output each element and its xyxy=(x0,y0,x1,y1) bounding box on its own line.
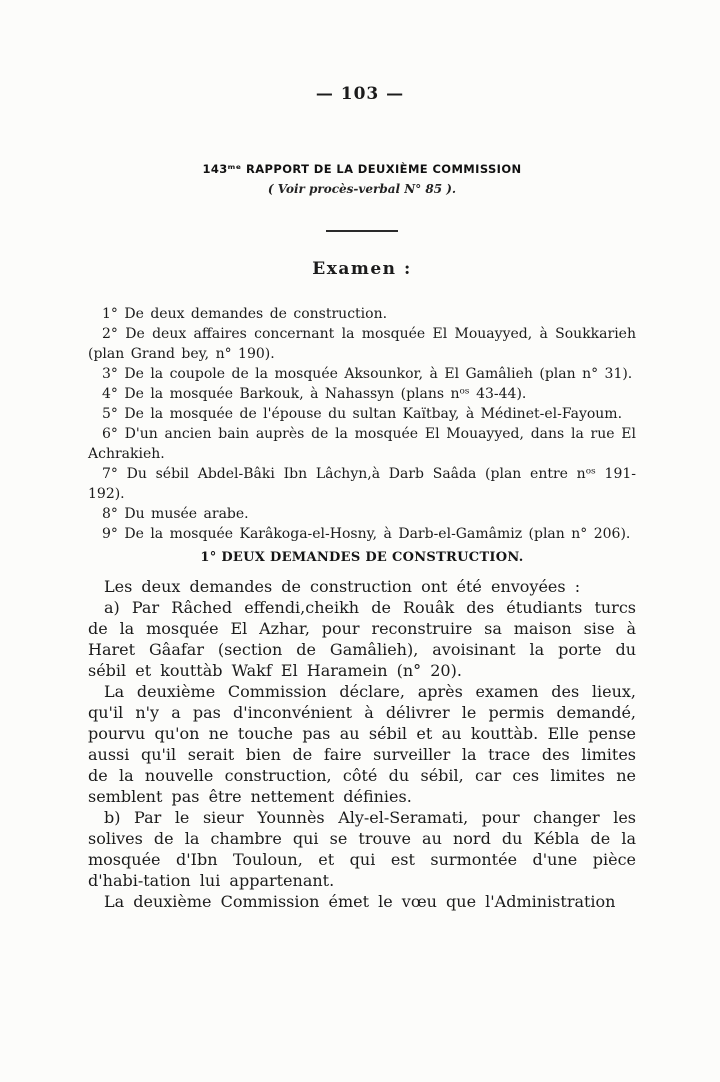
examen-item: 4° De la mosquée Barkouk, à Nahassyn (pl… xyxy=(88,384,636,404)
examen-item: 6° D'un ancien bain auprès de la mosquée… xyxy=(88,424,636,464)
report-title: 143ᵐᵉ RAPPORT DE LA DEUXIÈME COMMISSION xyxy=(88,162,636,176)
body-paragraph: La deuxième Commission émet le vœu que l… xyxy=(88,891,636,912)
scanned-document-page: — 103 — 143ᵐᵉ RAPPORT DE LA DEUXIÈME COM… xyxy=(0,0,720,1082)
examen-list: 1° De deux demandes de construction. 2° … xyxy=(88,304,636,544)
body-paragraph: Les deux demandes de construction ont ét… xyxy=(88,576,636,597)
page-content: 143ᵐᵉ RAPPORT DE LA DEUXIÈME COMMISSION … xyxy=(88,162,636,912)
body-paragraph: b) Par le sieur Younnès Aly-el-Seramati,… xyxy=(88,807,636,891)
section-heading: 1° DEUX DEMANDES DE CONSTRUCTION. xyxy=(88,550,636,566)
examen-item: 8° Du musée arabe. xyxy=(88,504,636,524)
body-paragraph: La deuxième Commission déclare, après ex… xyxy=(88,681,636,807)
examen-item: 3° De la coupole de la mosquée Aksounkor… xyxy=(88,364,636,384)
examen-item: 9° De la mosquée Karâkoga-el-Hosny, à Da… xyxy=(88,524,636,544)
body-paragraphs: Les deux demandes de construction ont ét… xyxy=(88,576,636,912)
page-number: — 103 — xyxy=(0,0,720,105)
body-paragraph: a) Par Râched effendi,cheikh de Rouâk de… xyxy=(88,597,636,681)
examen-heading: Examen : xyxy=(88,259,636,280)
examen-item: 5° De la mosquée de l'épouse du sultan K… xyxy=(88,404,636,424)
report-subtitle: ( Voir procès-verbal N° 85 ). xyxy=(88,182,636,196)
examen-item: 7° Du sébil Abdel-Bâki Ibn Lâchyn,à Darb… xyxy=(88,464,636,504)
separator-rule xyxy=(326,230,398,232)
examen-item: 1° De deux demandes de construction. xyxy=(88,304,636,324)
examen-item: 2° De deux affaires concernant la mosqué… xyxy=(88,324,636,364)
